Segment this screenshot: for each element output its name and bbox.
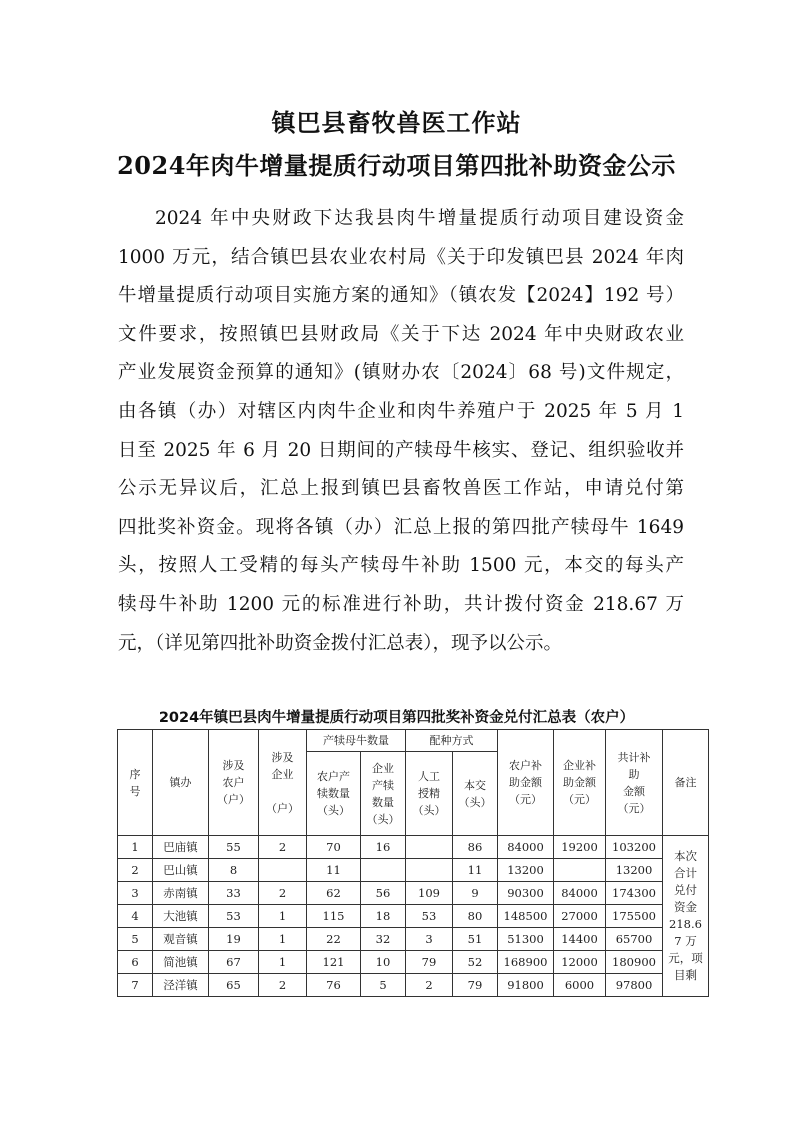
cell-seq: 2 [118,859,153,882]
cell-total: 175500 [606,905,663,928]
header-enterprise-subsidy: 企业补助金额（元） [554,730,606,836]
table-row: 7 泾洋镇 65 2 76 5 2 79 91800 6000 97800 [118,974,709,997]
header-calving-group: 产犊母牛数量 [307,730,406,752]
cell-artificial: 79 [406,951,453,974]
table-row: 3 赤南镇 33 2 62 56 109 9 90300 84000 17430… [118,882,709,905]
cell-artificial: 2 [406,974,453,997]
body-line: 犊母牛补助 1200 元的标准进行补助，共计拨付资金 218.67 万 [118,586,684,625]
cell-natural: 86 [453,836,498,859]
cell-total: 174300 [606,882,663,905]
document-title-org: 镇巴县畜牧兽医工作站 [0,103,793,138]
header-farmers: 涉及农户（户） [209,730,259,836]
cell-farmer-subsidy: 168900 [498,951,554,974]
cell-farmers: 8 [209,859,259,882]
cell-farmer-subsidy: 51300 [498,928,554,951]
cell-farmer-calving: 11 [307,859,361,882]
body-line: 文件要求，按照镇巴县财政局《关于下达 2024 年中央财政农业 [118,316,684,355]
cell-total: 103200 [606,836,663,859]
header-total-subsidy: 共计补助金额（元） [606,730,663,836]
table-row: 1 巴庙镇 55 2 70 16 86 84000 19200 103200 本… [118,836,709,859]
body-line: 产业发展资金预算的通知》(镇财办农〔2024〕68 号)文件规定， [118,354,684,393]
cell-enterprise-calving: 56 [361,882,406,905]
cell-farmer-calving: 115 [307,905,361,928]
cell-farmer-calving: 121 [307,951,361,974]
cell-natural: 11 [453,859,498,882]
cell-enterprise-subsidy: 27000 [554,905,606,928]
cell-town: 泾洋镇 [153,974,209,997]
cell-natural: 79 [453,974,498,997]
body-line: 四批奖补资金。现将各镇（办）汇总上报的第四批产犊母牛 1649 [118,509,684,548]
body-line: 牛增量提质行动项目实施方案的通知》（镇农发【2024】192 号） [118,277,684,316]
cell-farmer-calving: 70 [307,836,361,859]
body-line: 公示无异议后，汇总上报到镇巴县畜牧兽医工作站，申请兑付第 [118,470,684,509]
cell-farmer-subsidy: 90300 [498,882,554,905]
body-line: 由各镇（办）对辖区内肉牛企业和肉牛养殖户于 2025 年 5 月 1 [118,393,684,432]
cell-seq: 6 [118,951,153,974]
header-remark: 备注 [663,730,709,836]
body-line: 头，按照人工受精的每头产犊母牛补助 1500 元，本交的每头产 [118,547,684,586]
cell-enterprise-calving: 16 [361,836,406,859]
body-line: 元，（详见第四批补助资金拨付汇总表），现予以公示。 [118,625,684,664]
table-row: 6 简池镇 67 1 121 10 79 52 168900 12000 180… [118,951,709,974]
cell-remark: 本次合计兑付资金218.67 万元，项目剩 [663,836,709,997]
body-line: 1000 万元，结合镇巴县农业农村局《关于印发镇巴县 2024 年肉 [118,239,684,278]
header-enterprise-calving: 企业产犊数量（头） [361,752,406,836]
cell-farmer-calving: 22 [307,928,361,951]
cell-farmer-subsidy: 91800 [498,974,554,997]
cell-enterprises: 1 [259,928,307,951]
cell-town: 观音镇 [153,928,209,951]
header-artificial-insemination: 人工授精（头） [406,752,453,836]
cell-total: 180900 [606,951,663,974]
table-row: 5 观音镇 19 1 22 32 3 51 51300 14400 65700 [118,928,709,951]
cell-enterprises: 2 [259,882,307,905]
body-line: 2024 年中央财政下达我县肉牛增量提质行动项目建设资金 [118,200,684,239]
header-natural-mating: 本交（头） [453,752,498,836]
table-row: 4 大池镇 53 1 115 18 53 80 148500 27000 175… [118,905,709,928]
cell-farmers: 65 [209,974,259,997]
cell-artificial: 109 [406,882,453,905]
cell-enterprises: 2 [259,836,307,859]
cell-enterprises: 1 [259,905,307,928]
cell-enterprise-subsidy [554,859,606,882]
subsidy-summary-table: 序号 镇办 涉及农户（户） 涉及企业（户） 产犊母牛数量 配种方式 农户补助金额… [117,729,709,997]
cell-farmer-calving: 76 [307,974,361,997]
announcement-body: 2024 年中央财政下达我县肉牛增量提质行动项目建设资金 1000 万元，结合镇… [118,200,684,663]
cell-natural: 80 [453,905,498,928]
cell-enterprise-calving [361,859,406,882]
cell-seq: 7 [118,974,153,997]
cell-total: 97800 [606,974,663,997]
cell-enterprise-subsidy: 19200 [554,836,606,859]
cell-seq: 5 [118,928,153,951]
header-farmer-subsidy: 农户补助金额（元） [498,730,554,836]
cell-farmers: 53 [209,905,259,928]
cell-farmer-subsidy: 84000 [498,836,554,859]
cell-enterprises: 1 [259,951,307,974]
header-enterprises: 涉及企业（户） [259,730,307,836]
cell-natural: 52 [453,951,498,974]
cell-enterprise-subsidy: 14400 [554,928,606,951]
cell-town: 赤南镇 [153,882,209,905]
table-row: 2 巴山镇 8 11 11 13200 13200 [118,859,709,882]
cell-artificial: 3 [406,928,453,951]
cell-enterprises [259,859,307,882]
header-seq: 序号 [118,730,153,836]
cell-town: 大池镇 [153,905,209,928]
cell-farmers: 55 [209,836,259,859]
cell-farmers: 19 [209,928,259,951]
cell-enterprise-subsidy: 6000 [554,974,606,997]
cell-artificial: 53 [406,905,453,928]
cell-total: 13200 [606,859,663,882]
cell-town: 简池镇 [153,951,209,974]
document-page: 镇巴县畜牧兽医工作站 2024年肉牛增量提质行动项目第四批补助资金公示 2024… [0,0,793,1122]
cell-farmers: 67 [209,951,259,974]
cell-total: 65700 [606,928,663,951]
cell-artificial [406,859,453,882]
cell-farmer-calving: 62 [307,882,361,905]
cell-enterprise-calving: 32 [361,928,406,951]
cell-seq: 4 [118,905,153,928]
cell-artificial [406,836,453,859]
header-town: 镇办 [153,730,209,836]
cell-town: 巴庙镇 [153,836,209,859]
cell-enterprise-calving: 10 [361,951,406,974]
cell-town: 巴山镇 [153,859,209,882]
header-breeding-group: 配种方式 [406,730,498,752]
cell-enterprises: 2 [259,974,307,997]
table-title: 2024年镇巴县肉牛增量提质行动项目第四批奖补资金兑付汇总表（农户） [0,706,793,727]
cell-natural: 9 [453,882,498,905]
cell-farmer-subsidy: 13200 [498,859,554,882]
cell-seq: 3 [118,882,153,905]
cell-farmer-subsidy: 148500 [498,905,554,928]
cell-enterprise-subsidy: 84000 [554,882,606,905]
body-line: 日至 2025 年 6 月 20 日期间的产犊母牛核实、登记、组织验收并 [118,432,684,471]
header-farmer-calving: 农户产犊数量（头） [307,752,361,836]
cell-natural: 51 [453,928,498,951]
cell-seq: 1 [118,836,153,859]
cell-enterprise-calving: 5 [361,974,406,997]
cell-enterprise-subsidy: 12000 [554,951,606,974]
cell-enterprise-calving: 18 [361,905,406,928]
cell-farmers: 33 [209,882,259,905]
document-title-subject: 2024年肉牛增量提质行动项目第四批补助资金公示 [0,146,793,181]
